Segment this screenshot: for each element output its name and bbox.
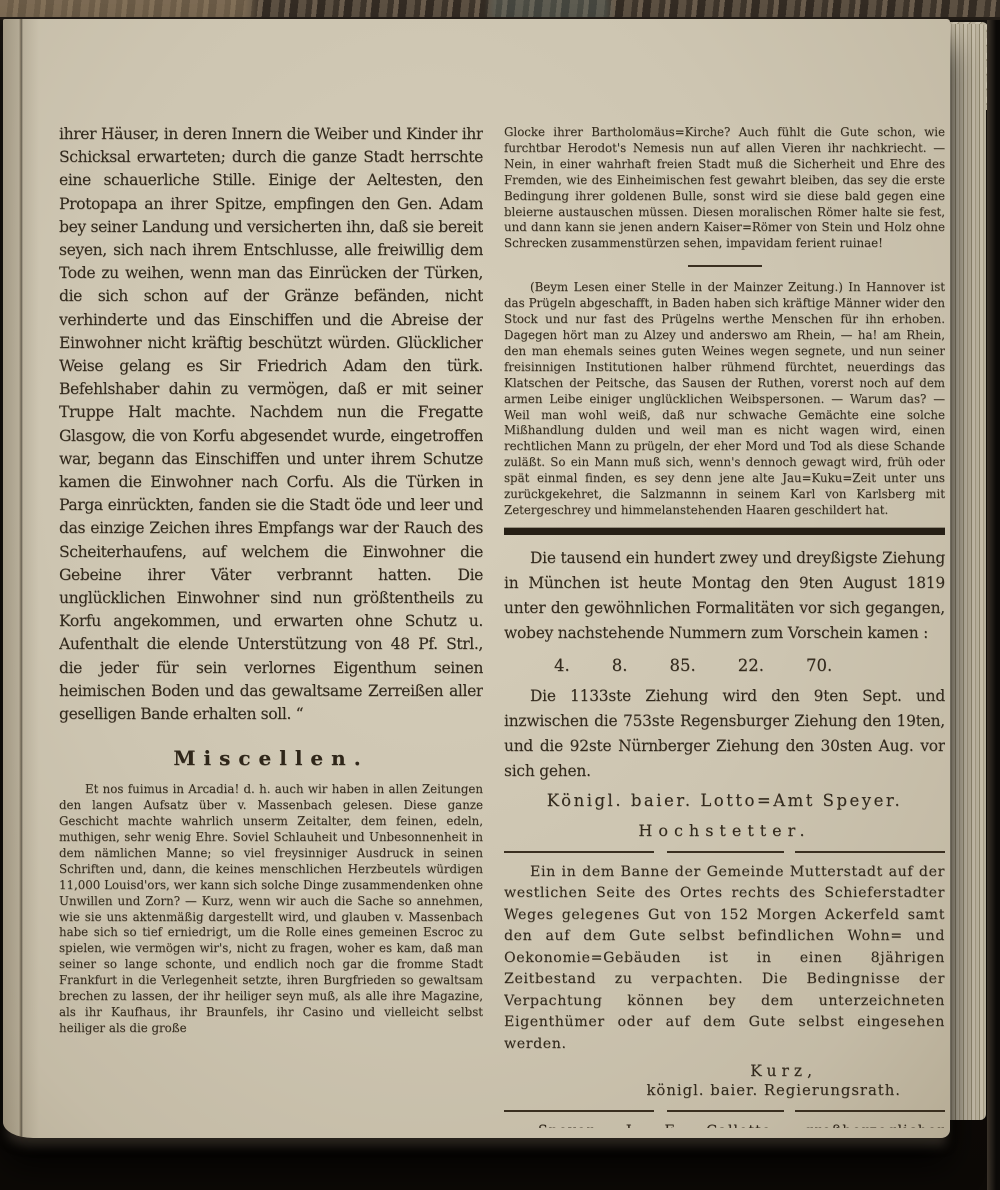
lottery-next-drawings: Die 1133ste Ziehung wird den 9ten Sept. …	[504, 684, 945, 784]
mutterstadt-lease-notice: Ein in dem Banne der Gemeinde Mutterstad…	[504, 862, 945, 1056]
hochstetter-signature: Hochstetter.	[504, 821, 945, 840]
parga-article-text: ihrer Häuser, in deren Innern die Weiber…	[59, 123, 483, 726]
kurz-signature-title: königl. baier. Regierungsrath.	[504, 1082, 945, 1099]
lottery-number: 85.	[670, 653, 696, 679]
thin-section-rule	[504, 1110, 945, 1112]
kurz-signature: Kurz,	[504, 1062, 945, 1080]
frankfurt-article-continuation: Glocke ihrer Bartholomäus=Kirche? Auch f…	[504, 125, 945, 252]
lottery-numbers: 4. 8. 85. 22. 70.	[504, 653, 945, 679]
right-column: Glocke ihrer Bartholomäus=Kirche? Auch f…	[504, 125, 945, 1128]
newspaper-page: ihrer Häuser, in deren Innern die Weiber…	[3, 19, 950, 1138]
lottery-number: 22.	[738, 653, 764, 679]
book-right-shadow	[987, 0, 1000, 1190]
miscellen-article-text: Et nos fuimus in Arcadia! d. h. auch wir…	[59, 782, 483, 1037]
lotto-office-line: Königl. baier. Lotto=Amt Speyer.	[504, 791, 945, 810]
left-column: ihrer Häuser, in deren Innern die Weiber…	[59, 123, 483, 1128]
mainzer-zeitung-article: (Beym Lesen einer Stelle in der Mainzer …	[504, 280, 945, 519]
thick-section-rule	[504, 528, 945, 535]
lottery-number: 70.	[806, 653, 832, 679]
miscellen-heading: Miscellen.	[59, 746, 483, 770]
thin-section-rule	[504, 851, 945, 853]
book-cover-top-edge	[0, 0, 1000, 20]
lottery-number: 4.	[554, 653, 570, 679]
page-crease	[19, 19, 23, 1138]
gallette-announcement: Speyer. J. F. Gallette, großherzoglicher…	[504, 1121, 945, 1128]
lottery-drawing-intro: Die tausend ein hundert zwey und dreyßig…	[504, 546, 945, 646]
lottery-number: 8.	[612, 653, 628, 679]
short-divider-rule	[688, 265, 762, 267]
book-scan: ihrer Häuser, in deren Innern die Weiber…	[0, 0, 1000, 1190]
page-stack-fore-edge	[948, 24, 986, 1120]
